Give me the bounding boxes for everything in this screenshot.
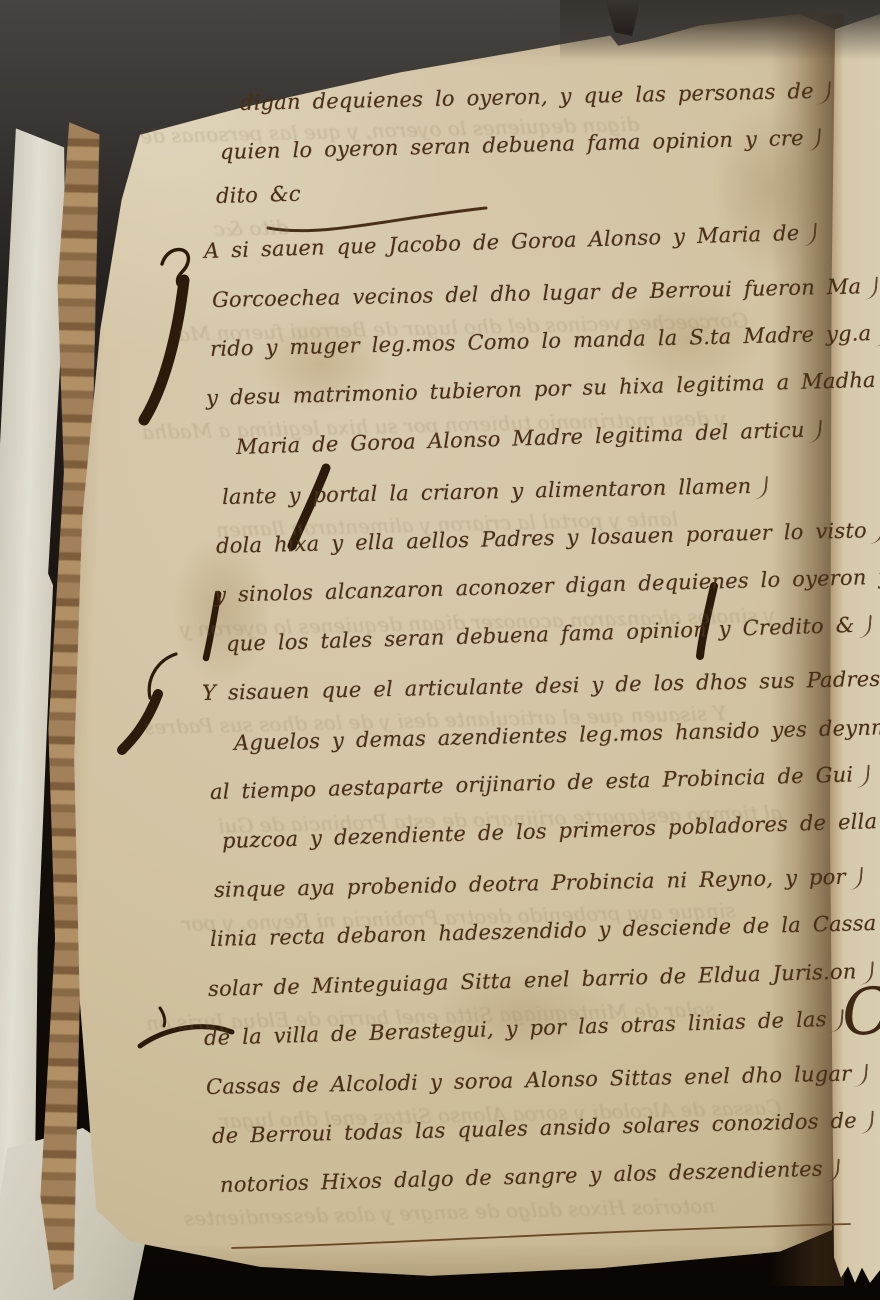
line-end-flourish [863, 275, 878, 300]
line-end-flourish [825, 1158, 840, 1183]
line-end-flourish [807, 419, 822, 444]
manuscript-line-3: dito &c [216, 182, 301, 208]
line-end-flourish [802, 222, 817, 247]
manuscript-line-17: sinque aya probenido deotra Probincia ni… [214, 860, 862, 903]
line-end-flourish [869, 519, 880, 544]
line-end-flourish [859, 1110, 874, 1135]
photographed-manuscript: C [0, 0, 880, 1300]
line-end-flourish [753, 475, 768, 500]
line-end-flourish [859, 960, 874, 985]
line-end-flourish [829, 1008, 844, 1033]
manuscript-line-21: Cassas de Alcolodi y soroa Alonso Sittas… [206, 1056, 868, 1099]
bleedthrough-ghost-line: dito &c [214, 215, 289, 241]
manuscript-line-5: Gorcoechea vecinos del dho lugar de Berr… [212, 269, 878, 312]
line-end-flourish [816, 80, 831, 105]
line-end-flourish [848, 866, 863, 891]
line-end-flourish [853, 1063, 868, 1088]
manuscript-line-23: notorios Hixos dalgo de sangre y alos de… [220, 1152, 840, 1198]
text-layer: digan dequienes lo oyeron, y que las per… [0, 0, 880, 1300]
manuscript-line-7: y desu matrimonio tubieron por su hixa l… [206, 363, 880, 411]
line-end-flourish [873, 322, 880, 347]
line-end-flourish [857, 614, 872, 639]
line-end-flourish [806, 127, 821, 152]
line-end-flourish [855, 764, 870, 789]
manuscript-line-11: y sinolos alcanzaron aconozer digan dequ… [214, 559, 880, 607]
manuscript-line-19: solar de Minteguiaga Sitta enel barrio d… [208, 954, 873, 1001]
manuscript-line-1: digan dequienes lo oyeron, y que las per… [240, 74, 830, 115]
manuscript-line-13: Y sisauen que el articulante desi y de l… [202, 662, 880, 706]
manuscript-line-15: al tiempo aestaparte orijinario de esta … [210, 757, 870, 804]
